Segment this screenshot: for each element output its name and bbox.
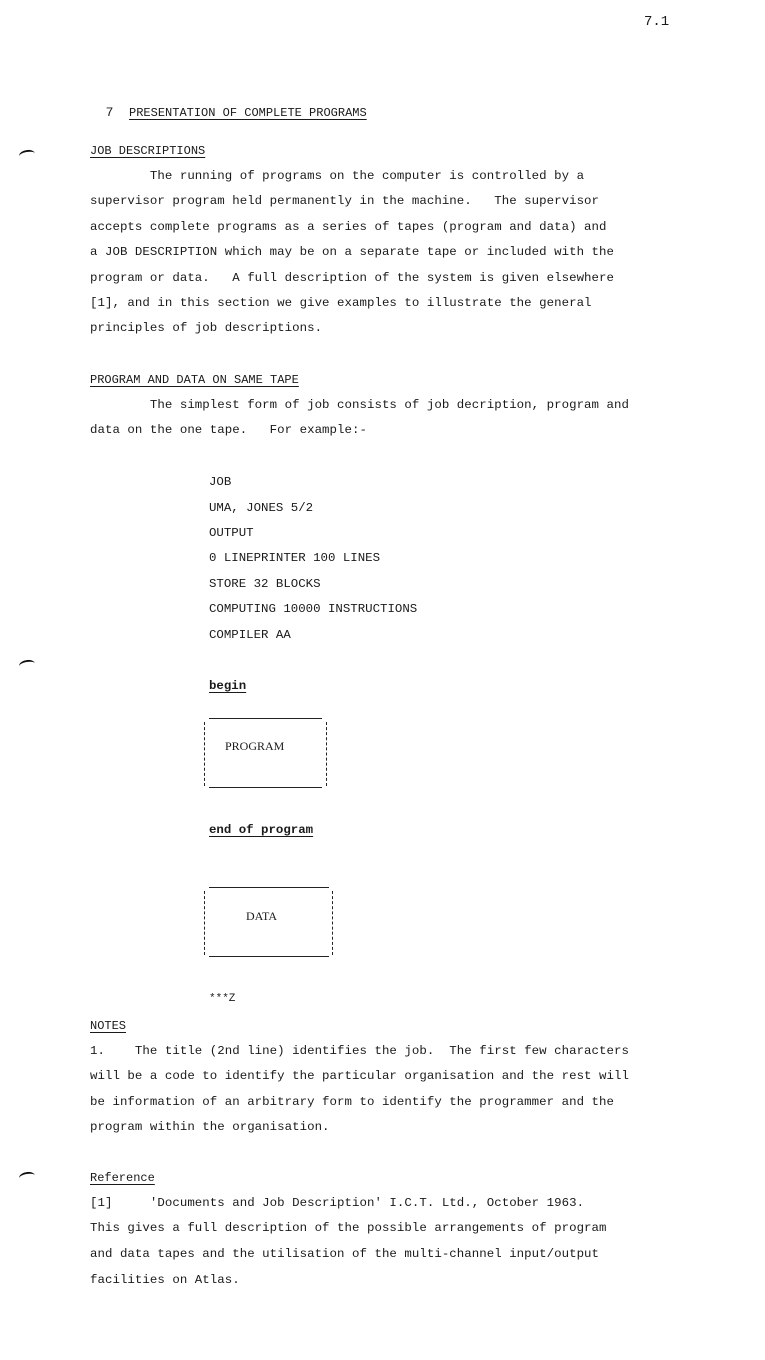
program-tape-box <box>209 718 322 788</box>
job-line: JOB <box>209 476 231 488</box>
page-title: 7 PRESENTATION OF COMPLETE PROGRAMS <box>90 93 367 119</box>
job-line: 0 LINEPRINTER 100 LINES <box>209 552 380 564</box>
paragraph-line: supervisor program held permanently in t… <box>90 195 599 207</box>
section-title: PRESENTATION OF COMPLETE PROGRAMS <box>129 106 367 120</box>
heading-job-descriptions: JOB DESCRIPTIONS <box>90 145 205 157</box>
reference-line: [1] 'Documents and Job Description' I.C.… <box>90 1197 584 1209</box>
job-line: COMPUTING 10000 INSTRUCTIONS <box>209 603 417 615</box>
note-line: program within the organisation. <box>90 1121 330 1133</box>
heading-reference: Reference <box>90 1172 155 1184</box>
paragraph-line: The running of programs on the computer … <box>90 170 584 182</box>
note-line: 1. The title (2nd line) identifies the j… <box>90 1045 629 1057</box>
box-left-edge <box>204 891 205 955</box>
job-line: OUTPUT <box>209 527 254 539</box>
paragraph-line: a JOB DESCRIPTION which may be on a sepa… <box>90 246 614 258</box>
job-line: UMA, JONES 5/2 <box>209 502 313 514</box>
paragraph-line: The simplest form of job consists of job… <box>90 399 629 411</box>
box-right-edge <box>332 891 333 955</box>
punch-hole-mark <box>18 149 35 162</box>
punch-hole-mark <box>18 1171 35 1184</box>
box-right-edge <box>326 722 327 786</box>
heading-same-tape: PROGRAM AND DATA ON SAME TAPE <box>90 374 299 386</box>
note-line: be information of an arbitrary form to i… <box>90 1096 614 1108</box>
box-left-edge <box>204 722 205 786</box>
job-line: STORE 32 BLOCKS <box>209 578 321 590</box>
paragraph-line: program or data. A full description of t… <box>90 272 614 284</box>
reference-line: This gives a full description of the pos… <box>90 1222 607 1234</box>
data-box-label: DATA <box>246 910 277 922</box>
program-box-label: PROGRAM <box>225 740 284 752</box>
paragraph-line: principles of job descriptions. <box>90 322 322 334</box>
paragraph-line: accepts complete programs as a series of… <box>90 221 607 233</box>
paragraph-line: [1], and in this section we give example… <box>90 297 592 309</box>
punch-hole-mark <box>18 659 35 672</box>
page-number: 7.1 <box>644 15 669 29</box>
terminator: ***Z <box>209 994 235 1005</box>
job-line: COMPILER AA <box>209 629 291 641</box>
reference-line: and data tapes and the utilisation of th… <box>90 1248 599 1260</box>
end-of-program-keyword: end of program <box>209 824 313 836</box>
heading-notes: NOTES <box>90 1020 126 1032</box>
paragraph-line: data on the one tape. For example:- <box>90 424 367 436</box>
begin-keyword: begin <box>209 680 246 692</box>
note-line: will be a code to identify the particula… <box>90 1070 629 1082</box>
reference-line: facilities on Atlas. <box>90 1274 240 1286</box>
